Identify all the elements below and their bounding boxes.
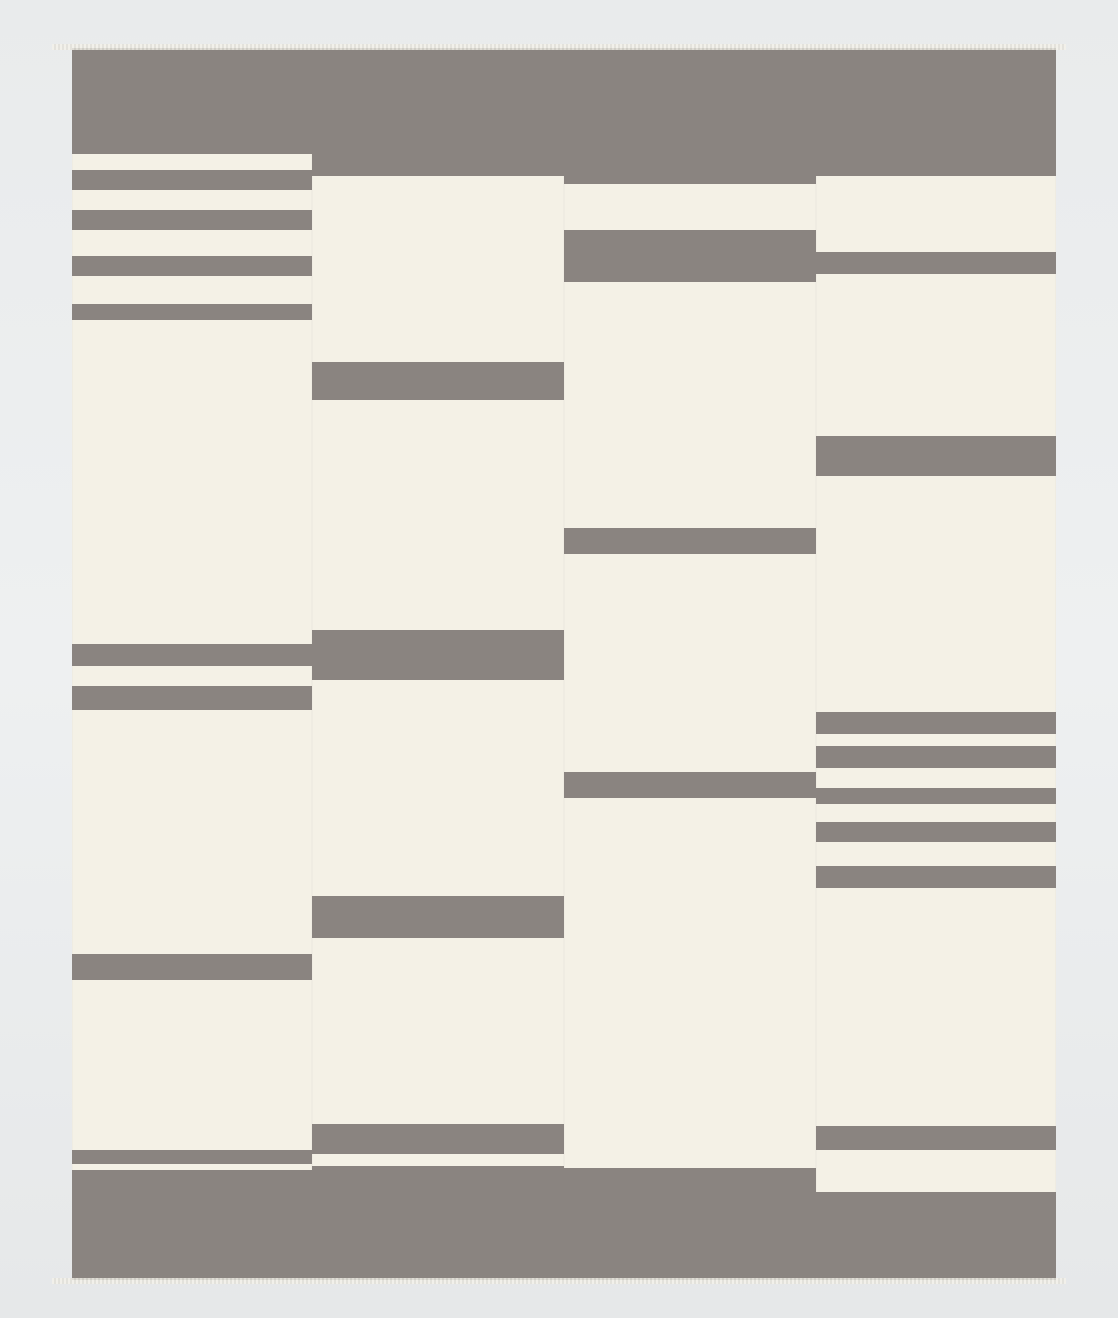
grey-stripe [312,362,564,400]
grey-stripe [816,788,1056,804]
grey-stripe [72,1150,312,1164]
grey-stripe [72,304,312,320]
grey-stripe [816,1126,1056,1150]
grey-stripe [564,230,816,282]
grey-stripe [72,644,312,666]
grey-stripe [816,1192,1056,1280]
top-fringe [52,44,1066,50]
grey-stripe [72,1170,312,1280]
rug-panel-3 [564,48,816,1280]
grey-stripe [312,1166,564,1280]
grey-stripe [72,954,312,980]
grey-stripe [564,528,816,554]
grey-stripe [312,48,564,176]
grey-stripe [816,746,1056,768]
kilim-rug [52,48,1066,1280]
grey-stripe [72,170,312,190]
grey-stripe [564,1168,816,1280]
grey-stripe [816,866,1056,888]
rug-panel-1 [72,48,312,1280]
grey-stripe [816,822,1056,842]
grey-stripe [564,48,816,184]
grey-stripe [312,1124,564,1154]
bottom-fringe [52,1278,1066,1284]
grey-stripe [72,210,312,230]
grey-stripe [312,896,564,938]
grey-stripe [816,712,1056,734]
rug-panel-4 [816,48,1056,1280]
grey-stripe [564,772,816,798]
grey-stripe [816,436,1056,476]
rug-panel-2 [312,48,564,1280]
grey-stripe [816,252,1056,274]
grey-stripe [72,686,312,710]
grey-stripe [816,48,1056,176]
grey-stripe [312,630,564,680]
grey-stripe [72,256,312,276]
grey-stripe [72,48,312,154]
